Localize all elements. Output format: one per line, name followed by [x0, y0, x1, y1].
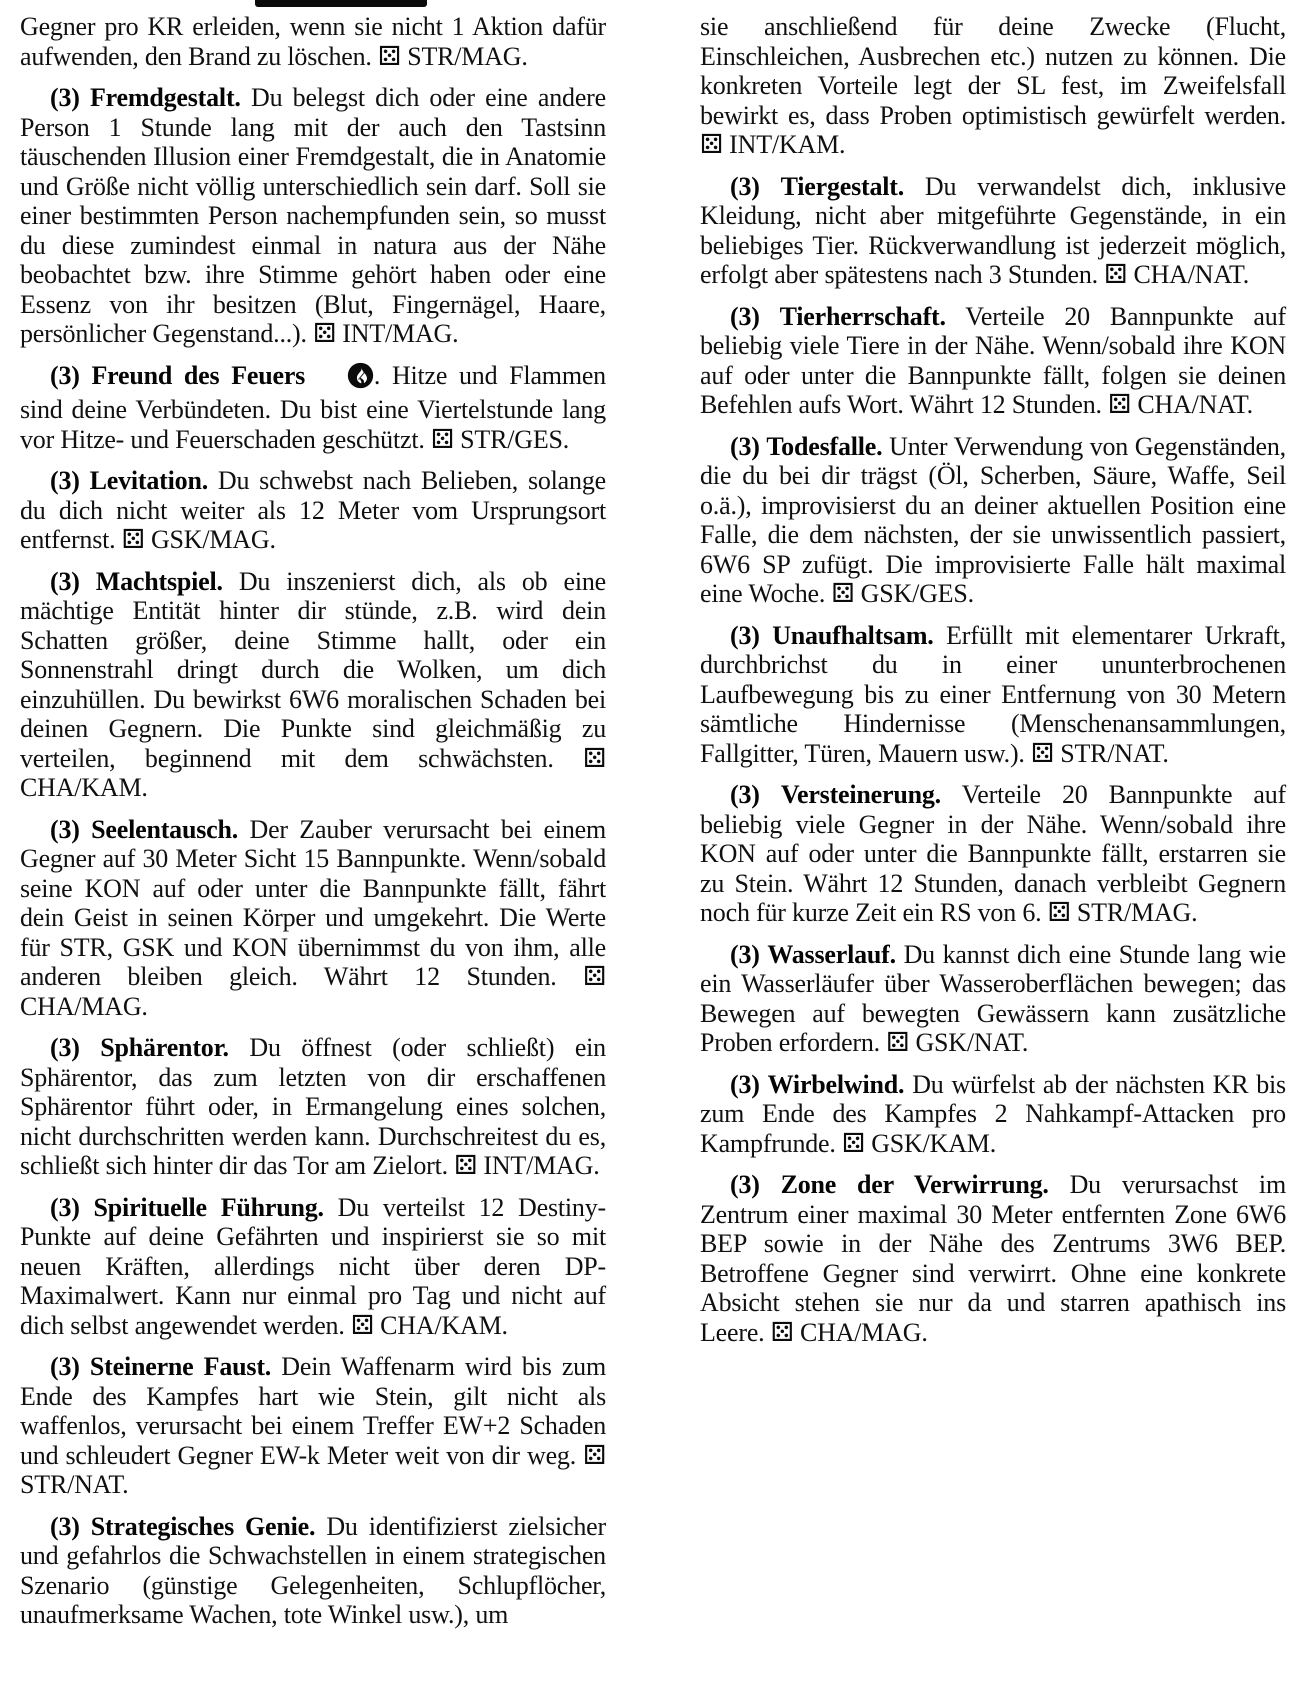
spell-name: Sphärentor.: [100, 1033, 229, 1062]
skill-check: CHA/KAM.: [380, 1311, 508, 1340]
left-column: Gegner pro KR erleiden, wenn sie nicht 1…: [20, 12, 606, 1642]
die-face-5-icon: ⚄: [700, 129, 723, 160]
spell-entry: (3) Tierherrschaft. Verteile 20 Bannpunk…: [700, 302, 1286, 420]
die-face-5-icon: ⚄: [378, 41, 401, 72]
page-edge-artifact: [255, 0, 427, 7]
spell-entry: (3) Fremdgestalt. Du belegst dich oder e…: [20, 83, 606, 349]
spell-entry: sie anschließend für deine Zwecke (Fluch…: [700, 12, 1286, 160]
skill-check: STR/MAG.: [1077, 898, 1197, 927]
die-face-5-icon: ⚄: [583, 961, 606, 992]
spell-level: (3): [730, 780, 760, 809]
spell-entry: (3) Unaufhaltsam. Erfüllt mit elementare…: [700, 621, 1286, 769]
spell-entry: (3) Freund des Feuers . Hitze und Flamme…: [20, 361, 606, 455]
spell-entry: (3) Sphärentor. Du öffnest (oder schließ…: [20, 1033, 606, 1181]
spell-description: Du belegst dich oder eine andere Person …: [20, 83, 606, 348]
spell-name: Freund des Feuers: [91, 361, 305, 390]
spell-name: Seelentausch.: [91, 815, 238, 844]
skill-check: CHA/MAG.: [20, 992, 148, 1021]
spell-name: Tiergestalt.: [781, 172, 904, 201]
spell-entry: (3) Levitation. Du schwebst nach Beliebe…: [20, 466, 606, 555]
spell-name: Todesfalle.: [766, 432, 882, 461]
spell-name: Wirbelwind.: [768, 1070, 905, 1099]
spell-level: (3): [730, 432, 760, 461]
spell-name: Machtspiel.: [96, 567, 223, 596]
die-face-5-icon: ⚄: [771, 1317, 794, 1348]
die-face-5-icon: ⚄: [1108, 389, 1131, 420]
die-face-5-icon: ⚄: [832, 578, 855, 609]
die-face-5-icon: ⚄: [454, 1150, 477, 1181]
spell-name: Fremdgestalt.: [90, 83, 241, 112]
die-face-5-icon: ⚄: [351, 1310, 374, 1341]
spell-level: (3): [50, 1193, 80, 1222]
skill-check: CHA/NAT.: [1133, 260, 1249, 289]
right-column: sie anschließend für deine Zwecke (Fluch…: [700, 12, 1286, 1359]
spell-name: Strategisches Genie.: [91, 1512, 316, 1541]
spell-entry: (3) Todesfalle. Unter Verwendung von Geg…: [700, 432, 1286, 609]
die-face-5-icon: ⚄: [1104, 259, 1127, 290]
skill-check: GSK/MAG.: [151, 525, 276, 554]
spell-name: Wasserlauf.: [767, 940, 896, 969]
skill-check: INT/KAM.: [729, 130, 845, 159]
die-face-5-icon: ⚄: [886, 1027, 909, 1058]
spell-entry: Gegner pro KR erleiden, wenn sie nicht 1…: [20, 12, 606, 71]
skill-check: STR/GES.: [460, 425, 569, 454]
spell-entry: (3) Tiergestalt. Du verwandelst dich, in…: [700, 172, 1286, 290]
spell-name: Steinerne Faust.: [90, 1352, 271, 1381]
die-face-5-icon: ⚄: [431, 424, 454, 455]
spell-name: Levitation.: [90, 466, 208, 495]
spell-entry: (3) Strategisches Genie. Du identifizier…: [20, 1512, 606, 1630]
skill-check: INT/MAG.: [483, 1151, 599, 1180]
spell-entry: (3) Versteinerung. Verteile 20 Bannpunkt…: [700, 780, 1286, 928]
skill-check: STR/NAT.: [20, 1470, 128, 1499]
skill-check: CHA/MAG.: [800, 1318, 928, 1347]
title-period: .: [374, 361, 380, 390]
spell-entry: (3) Wirbelwind. Du würfelst ab der nächs…: [700, 1070, 1286, 1159]
spell-description: Du inszenierst dich, als ob eine mächtig…: [20, 567, 606, 773]
spell-entry: (3) Steinerne Faust. Dein Waffenarm wird…: [20, 1352, 606, 1500]
skill-check: GSK/GES.: [861, 579, 974, 608]
skill-check: STR/MAG.: [407, 42, 527, 71]
spell-name: Zone der Verwirrung.: [781, 1170, 1049, 1199]
spell-name: Unaufhaltsam.: [772, 621, 933, 650]
spell-level: (3): [50, 815, 80, 844]
skill-check: CHA/NAT.: [1137, 390, 1253, 419]
spell-level: (3): [730, 621, 760, 650]
spell-name: Versteinerung.: [781, 780, 941, 809]
flame-in-circle-icon: [317, 362, 374, 396]
die-face-5-icon: ⚄: [1031, 738, 1054, 769]
die-face-5-icon: ⚄: [842, 1128, 865, 1159]
spell-entry: (3) Spirituelle Führung. Du verteilst 12…: [20, 1193, 606, 1341]
skill-check: CHA/KAM.: [20, 773, 148, 802]
skill-check: INT/MAG.: [342, 319, 458, 348]
spell-level: (3): [50, 466, 80, 495]
spell-description: sie anschließend für deine Zwecke (Fluch…: [700, 12, 1286, 130]
spell-entry: (3) Machtspiel. Du inszenierst dich, als…: [20, 567, 606, 803]
spell-level: (3): [730, 940, 760, 969]
skill-check: GSK/KAM.: [871, 1129, 996, 1158]
spell-level: (3): [50, 1512, 80, 1541]
die-face-5-icon: ⚄: [313, 318, 336, 349]
spell-name: Spirituelle Führung.: [94, 1193, 324, 1222]
skill-check: STR/NAT.: [1060, 739, 1168, 768]
die-face-5-icon: ⚄: [583, 743, 606, 774]
spell-level: (3): [50, 83, 80, 112]
spell-entry: (3) Zone der Verwirrung. Du verursachst …: [700, 1170, 1286, 1347]
spell-level: (3): [50, 1352, 80, 1381]
spell-level: (3): [730, 302, 760, 331]
spell-level: (3): [730, 172, 760, 201]
skill-check: GSK/NAT.: [915, 1028, 1028, 1057]
spell-level: (3): [730, 1070, 760, 1099]
die-face-5-icon: ⚄: [583, 1440, 606, 1471]
spell-level: (3): [730, 1170, 760, 1199]
spell-level: (3): [50, 1033, 80, 1062]
die-face-5-icon: ⚄: [1048, 897, 1071, 928]
spell-level: (3): [50, 361, 80, 390]
spell-level: (3): [50, 567, 80, 596]
spell-entry: (3) Seelentausch. Der Zauber verursacht …: [20, 815, 606, 1022]
spell-entry: (3) Wasserlauf. Du kannst dich eine Stun…: [700, 940, 1286, 1058]
die-face-5-icon: ⚄: [122, 524, 145, 555]
spell-name: Tierherrschaft.: [780, 302, 946, 331]
